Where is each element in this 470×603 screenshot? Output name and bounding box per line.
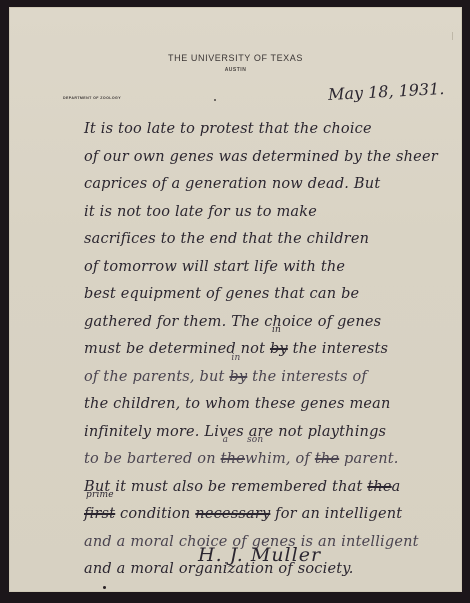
letterhead-institution: THE UNIVERSITY OF TEXAS — [10, 53, 461, 63]
line-text: condition — [115, 506, 195, 522]
insertion-text: a — [392, 479, 401, 495]
struck-text: by — [270, 341, 288, 357]
body-line: the children, to whom these genes mean — [84, 391, 434, 419]
body-line: sacrifices to the end that the children — [84, 226, 434, 254]
letter-date: May 18, 1931. — [328, 79, 445, 104]
insertion-text: a — [223, 436, 229, 445]
line-text: parent. — [339, 451, 398, 467]
body-line-corrected: primefirst condition necessary for an in… — [84, 501, 434, 529]
insertion-text: in — [272, 326, 281, 335]
line-text: must be determined not — [84, 341, 270, 357]
body-line: gathered for them. The choice of genes — [84, 309, 434, 337]
insertion-text: prime — [86, 491, 114, 500]
body-line-corrected: must be determined not inby the interest… — [84, 336, 434, 364]
scan-frame: THE UNIVERSITY OF TEXAS AUSTIN DEPARTMEN… — [0, 0, 470, 603]
body-line-corrected: of the parents, but inby the interests o… — [84, 364, 434, 392]
line-text: to be bartered on — [84, 451, 221, 467]
line-text: whim — [245, 451, 286, 467]
struck-text: the — [367, 479, 391, 495]
body-line: best equipment of genes that can be — [84, 281, 434, 309]
struck-text: by — [229, 369, 247, 385]
body-line: caprices of a generation now dead. But — [84, 171, 434, 199]
correction: inby — [229, 364, 247, 392]
letter-page: THE UNIVERSITY OF TEXAS AUSTIN DEPARTMEN… — [10, 8, 461, 591]
line-text: , of — [286, 451, 315, 467]
correction: athe — [221, 446, 245, 474]
correction: primefirst — [84, 501, 115, 529]
body-line: It is too late to protest that the choic… — [84, 116, 434, 144]
correction: inby — [270, 336, 288, 364]
line-text: But it must also be remembered that — [84, 479, 367, 495]
body-line-corrected: But it must also be remembered that thea — [84, 474, 434, 502]
letterhead-department: DEPARTMENT OF ZOOLOGY — [63, 96, 121, 100]
line-text: the interests — [288, 341, 388, 357]
paper-mark — [103, 586, 106, 589]
correction: son whim — [245, 446, 286, 474]
signature: H. J. Muller — [198, 544, 321, 566]
line-text: of the parents, but — [84, 369, 229, 385]
line-text: for an intelligent — [270, 506, 402, 522]
struck-text: the — [221, 451, 245, 467]
body-line-corrected: to be bartered on atheson whim, of the p… — [84, 446, 434, 474]
line-text: the interests of — [247, 369, 367, 385]
letter-body: It is too late to protest that the choic… — [84, 116, 434, 584]
letterhead-city: AUSTIN — [10, 67, 461, 73]
struck-text: necessary — [195, 506, 270, 522]
insertion-text: in — [231, 354, 240, 363]
body-line: of our own genes was determined by the s… — [84, 144, 434, 172]
paper-mark — [452, 32, 453, 40]
body-line: of tomorrow will start life with the — [84, 254, 434, 282]
struck-text: first — [84, 506, 115, 522]
insertion-text: son — [247, 436, 263, 445]
letterhead-dot — [214, 99, 216, 101]
body-line: it is not too late for us to make — [84, 199, 434, 227]
struck-text: the — [315, 451, 339, 467]
